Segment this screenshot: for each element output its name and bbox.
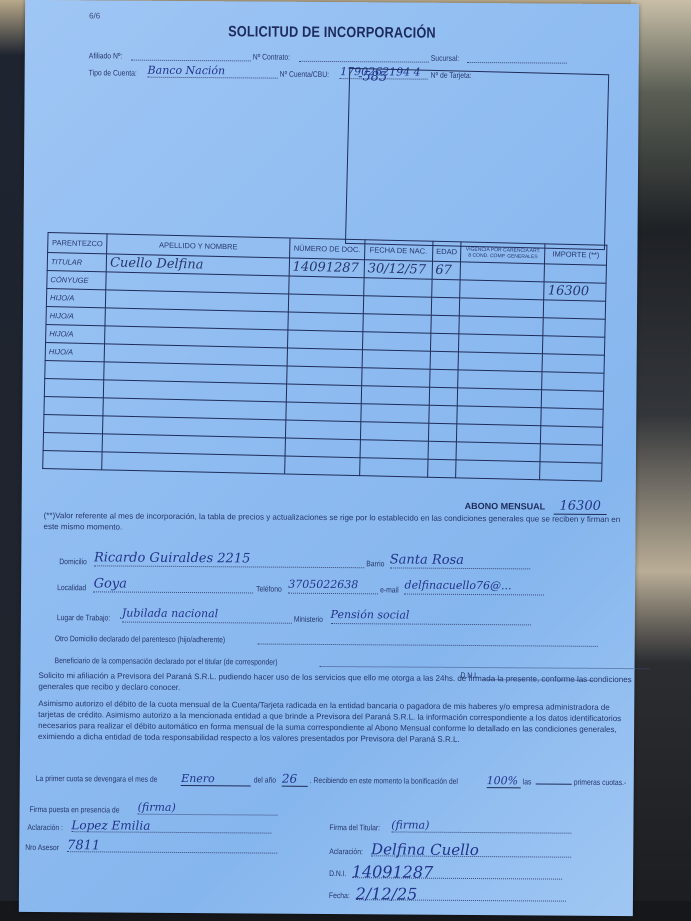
fecha-field[interactable]: 2/12/25 (356, 884, 566, 901)
vigencia-cell[interactable] (458, 352, 543, 372)
lugar-trabajo-label: Lugar de Trabajo: (57, 613, 110, 622)
contrato-label: Nº Contrato: (253, 52, 290, 61)
fecha-nac-cell[interactable] (363, 296, 431, 316)
beneficiario-field[interactable] (319, 659, 649, 669)
ministerio-field[interactable]: Pensión social (330, 608, 530, 625)
doc-cell[interactable] (286, 384, 361, 404)
sucursal-field[interactable] (467, 55, 567, 64)
fecha-nac-cell[interactable] (362, 332, 430, 352)
relationship-cell (43, 432, 103, 451)
abono-label: ABONO MENSUAL (465, 501, 545, 512)
email-label: e-mail (380, 585, 399, 594)
vigencia-cell[interactable] (458, 388, 543, 408)
vigencia-cell[interactable] (456, 442, 541, 462)
importe-cell[interactable] (542, 372, 604, 391)
cuotas-label: primeras cuotas.- (574, 778, 627, 787)
bonus-field[interactable]: 100% (487, 774, 521, 788)
fecha-row: Fecha: 2/12/25 (329, 884, 566, 902)
email-field[interactable]: delfinacuello76@... (405, 579, 545, 596)
edad-cell[interactable] (430, 351, 459, 370)
doc-cell[interactable] (284, 456, 359, 476)
relationship-cell: HIJO/A (45, 343, 105, 362)
asesor-label: Nro Asesor (25, 843, 59, 852)
localidad-field[interactable]: Goya (94, 576, 254, 593)
contrato-field[interactable] (299, 54, 429, 63)
relationship-cell (44, 379, 104, 398)
doc-cell[interactable] (289, 276, 364, 296)
vigencia-cell[interactable] (459, 316, 544, 336)
doc-cell[interactable] (287, 348, 362, 368)
telefono-label: Teléfono (256, 584, 282, 593)
localidad-label: Localidad (57, 583, 86, 592)
fecha-nac-cell[interactable] (361, 404, 429, 424)
telefono-field[interactable]: 3705022638 (288, 578, 378, 595)
trabajo-row: Lugar de Trabajo: Jubilada nacional Mini… (57, 606, 531, 625)
fecha-nac-cell[interactable]: 30/12/57 (364, 260, 432, 280)
otro-domicilio-label: Otro Domicilio declarado del parentesco … (55, 634, 226, 644)
importe-cell[interactable] (543, 336, 605, 355)
aclaracion-right-field[interactable]: Delfina Cuello (371, 840, 571, 857)
edad-cell[interactable] (431, 279, 460, 298)
doc-cell[interactable] (286, 366, 361, 386)
aclaracion-right-row: Aclaración: Delfina Cuello (329, 840, 571, 858)
importe-cell[interactable] (544, 300, 606, 319)
edad-cell[interactable] (431, 297, 460, 316)
vigencia-cell[interactable] (459, 334, 544, 354)
tipo-cuenta-label: Tipo de Cuenta: (89, 68, 137, 77)
fecha-nac-cell[interactable] (360, 440, 428, 460)
notes-box[interactable]: -585 (345, 68, 609, 250)
col-vigencia: VIGENCIA POR CARENCIA ART. 8 COND. COMP.… (461, 242, 546, 264)
vigencia-cell[interactable] (460, 298, 545, 318)
asesor-row: Nro Asesor 7811 (25, 838, 277, 854)
notes-box-handwriting: -585 (358, 69, 388, 85)
sucursal-label: Sucursal: (431, 54, 459, 63)
presencia-signature-field[interactable]: (firma) (138, 801, 278, 816)
col-parentezco: PARENTEZCO (48, 233, 108, 254)
relationship-cell (44, 396, 104, 415)
importe-cell[interactable] (542, 354, 604, 373)
first-payment-month-field[interactable]: Enero (181, 772, 251, 786)
edad-cell[interactable] (428, 423, 457, 442)
relationship-cell (44, 414, 104, 433)
fecha-nac-cell[interactable] (359, 458, 427, 478)
aclaracion-left-field[interactable]: Lopez Emilia (71, 818, 271, 833)
legal-paragraph-2: Asimismo autorizo el débito de la cuota … (38, 698, 633, 746)
edad-cell[interactable] (428, 405, 457, 424)
aclaracion-right-label: Aclaración: (329, 847, 363, 856)
tipo-cuenta-field[interactable]: Banco Nación (148, 64, 278, 79)
domicilio-field[interactable]: Ricardo Guiraldes 2215 (94, 550, 364, 568)
afiliado-label: Afiliado Nº: (89, 51, 123, 60)
col-fecha-nac: FECHA DE NAC. (364, 240, 432, 262)
vigencia-cell[interactable] (460, 280, 545, 300)
otro-domicilio-row: Otro Domicilio declarado del parentesco … (55, 634, 598, 647)
edad-cell[interactable] (429, 369, 458, 388)
asesor-field[interactable]: 7811 (67, 838, 277, 853)
firma-titular-label: Firma del Titular: (329, 823, 380, 832)
vigencia-cell[interactable] (457, 424, 542, 444)
fecha-nac-cell[interactable] (364, 278, 432, 298)
importe-cell[interactable] (543, 318, 605, 337)
edad-cell[interactable] (427, 459, 456, 478)
doc-cell[interactable] (285, 420, 360, 440)
vigencia-cell[interactable] (457, 406, 542, 426)
first-payment-year-field[interactable]: 26 (282, 772, 308, 787)
fecha-nac-cell[interactable] (361, 386, 429, 406)
page-number: 6/6 (89, 11, 100, 20)
col-edad: EDAD (432, 241, 461, 262)
col-numero-doc: NÚMERO DE DOC. (289, 238, 364, 260)
edad-cell[interactable] (429, 387, 458, 406)
fecha-nac-cell[interactable] (362, 350, 430, 370)
importe-cell[interactable] (540, 444, 602, 463)
aclaracion-left-row: Aclaración : Lopez Emilia (27, 818, 271, 834)
beneficiario-label: Beneficiario de la compensación declarad… (55, 656, 278, 667)
importe-cell[interactable] (544, 264, 606, 283)
fecha-nac-cell[interactable] (360, 422, 428, 442)
edad-cell[interactable] (430, 315, 459, 334)
ministerio-label: Ministerio (294, 615, 323, 624)
footnote: (**)Valor referente al mes de incorporac… (43, 510, 628, 536)
otro-domicilio-field[interactable] (257, 637, 597, 647)
vigencia-cell[interactable] (460, 262, 545, 282)
vigencia-cell[interactable] (456, 460, 541, 480)
fecha-nac-cell[interactable] (362, 368, 430, 388)
doc-cell[interactable]: 14091287 (289, 258, 364, 278)
doc-cell[interactable] (288, 294, 363, 314)
form-title: SOLICITUD DE INCORPORACIÓN (71, 22, 593, 43)
barrio-field[interactable]: Santa Rosa (390, 552, 530, 569)
importe-cell[interactable] (541, 426, 603, 445)
beneficiario-row: Beneficiario de la compensación declarad… (55, 656, 650, 669)
las-label: las (523, 777, 532, 786)
edad-cell[interactable]: 67 (432, 261, 461, 280)
dni-field[interactable]: 14091287 (352, 862, 562, 879)
first-payment-text: La primer cuota se devengara el mes de (36, 774, 158, 784)
photo-background-right (631, 0, 691, 921)
year-label: del año (253, 775, 275, 784)
cuotas-field[interactable] (535, 775, 571, 784)
dni-row: D.N.I. 14091287 (329, 862, 562, 880)
relationship-cell: HIJO/A (46, 325, 106, 344)
afiliado-field[interactable] (130, 53, 250, 62)
localidad-row: Localidad Goya Teléfono 3705022638 e-mai… (57, 576, 545, 595)
legal-paragraph-1: Solicito mi afiliación a Previsora del P… (38, 670, 633, 696)
domicilio-label: Domicilio (59, 557, 87, 566)
abono-value-field[interactable]: 16300 (553, 499, 606, 515)
bonus-text: . Recibiendo en este momento la bonifica… (310, 776, 458, 786)
doc-cell[interactable] (285, 438, 360, 458)
abono-mensual: ABONO MENSUAL 16300 (465, 498, 607, 514)
cuenta-cbu-label: Nº Cuenta/CBU: (280, 70, 329, 79)
edad-cell[interactable] (428, 441, 457, 460)
relationship-cell: HIJO/A (46, 307, 106, 326)
application-form-sheet: 6/6 SOLICITUD DE INCORPORACIÓN Afiliado … (19, 0, 639, 916)
vigencia-cell[interactable] (458, 370, 543, 390)
doc-cell[interactable] (288, 312, 363, 332)
doc-cell[interactable] (286, 402, 361, 422)
firma-titular-field[interactable]: (firma) (391, 818, 571, 833)
barrio-label: Barrio (366, 559, 384, 568)
relationship-cell: CÓNYUGE (47, 271, 107, 290)
presencia-label: Firma puesta en presencia de (30, 805, 120, 815)
family-members-table: PARENTEZCO APELLIDO Y NOMBRE NÚMERO DE D… (42, 232, 607, 482)
presencia-row: Firma puesta en presencia de (firma) (30, 800, 278, 816)
lugar-trabajo-field[interactable]: Jubilada nacional (122, 607, 292, 624)
importe-cell[interactable] (542, 390, 604, 409)
domicilio-row: Domicilio Ricardo Guiraldes 2215 Barrio … (59, 550, 530, 569)
doc-cell[interactable] (287, 330, 362, 350)
edad-cell[interactable] (430, 333, 459, 352)
fecha-nac-cell[interactable] (363, 314, 431, 334)
header-row-1: Afiliado Nº: Nº Contrato: Sucursal: (89, 51, 567, 63)
col-importe: IMPORTE (**) (545, 244, 607, 265)
importe-cell[interactable] (541, 408, 603, 427)
relationship-cell (43, 450, 103, 469)
dni-label: D.N.I. (329, 869, 346, 878)
relationship-cell (45, 361, 105, 380)
relationship-cell: TITULAR (47, 253, 107, 272)
first-payment-row: La primer cuota se devengara el mes de E… (36, 770, 636, 789)
relationship-cell: HIJO/A (46, 289, 106, 308)
aclaracion-left-label: Aclaración : (27, 823, 63, 832)
fecha-label: Fecha: (329, 891, 350, 900)
firma-titular-row: Firma del Titular: (firma) (329, 818, 571, 834)
importe-cell[interactable]: 16300 (544, 282, 606, 301)
nombre-cell[interactable] (102, 452, 285, 474)
table-body: TITULARCuello Delfina1409128730/12/5767C… (43, 253, 607, 482)
importe-cell[interactable] (540, 462, 602, 481)
